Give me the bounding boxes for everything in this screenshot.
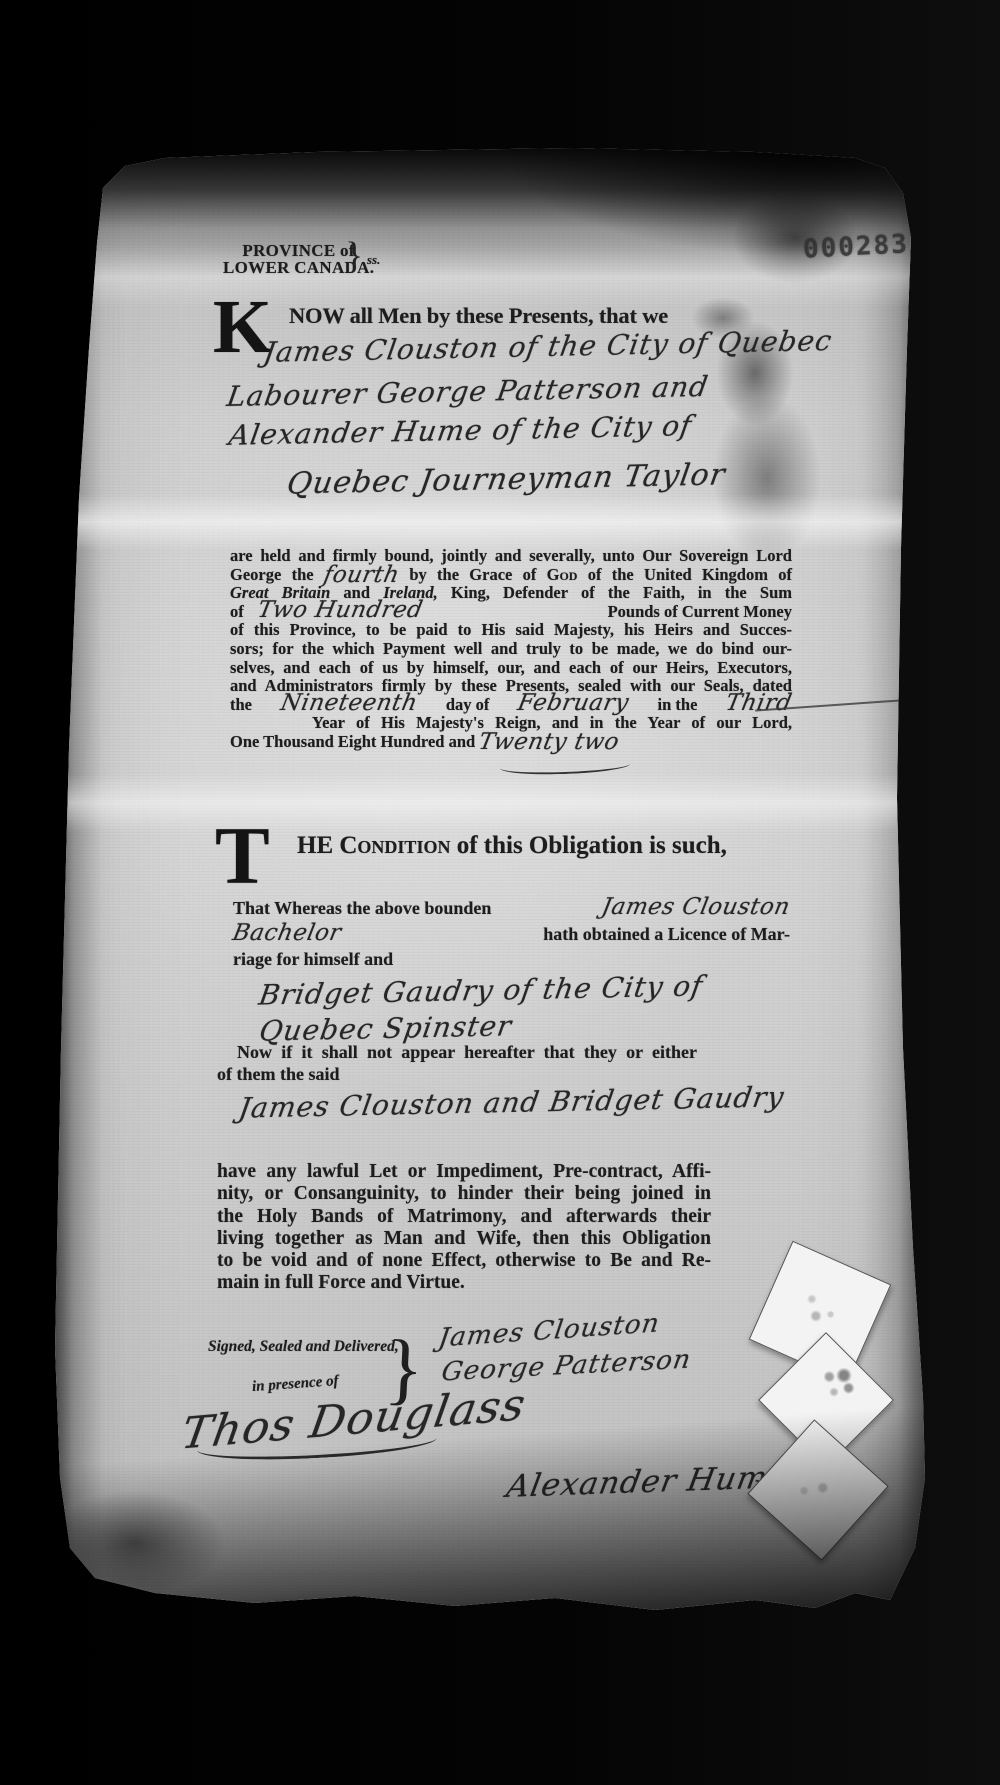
text-segment: of the United Kingdom of — [577, 565, 792, 584]
signature-james-clouston: James Clouston — [437, 1308, 662, 1353]
bond-line: of this Province, to be paid to His said… — [230, 621, 792, 640]
now-paragraph: Now if it shall not appear hereafter tha… — [217, 1042, 697, 1085]
text-segment: the — [230, 696, 252, 715]
top-shadow — [55, 148, 925, 278]
heading-condition: HE Condition of this Obligation is such, — [297, 832, 727, 860]
signed-sealed-label: Signed, Sealed and Delivered, — [208, 1338, 399, 1356]
condition-line: to be void and of none Effect, otherwise… — [217, 1250, 711, 1272]
handwritten-parties-line-4: Quebec Journeyman Taylor — [285, 457, 728, 501]
condition-line: nity, or Consanguinity, to hinder their … — [217, 1183, 711, 1205]
text-segment: George the — [230, 565, 324, 584]
fold-highlight — [55, 244, 925, 308]
pen-flourish-underline — [500, 756, 630, 777]
scanned-document-photo: PROVINCE of LOWER CANADA. } ss. 000283 K… — [0, 0, 1000, 1785]
text-segment: Bachelor — [232, 926, 343, 940]
bond-line: ofTwo HundredPounds of Current Money — [230, 603, 792, 622]
condition-paragraph: have any lawful Let or Impediment, Pre-c… — [217, 1161, 711, 1295]
drop-cap-t: T — [215, 826, 270, 885]
handwritten-parties-line-3: Alexander Hume of the City of — [227, 409, 695, 452]
heading-know-all-men: NOW all Men by these Presents, that we — [289, 303, 668, 329]
handwritten-parties-line-2: Labourer George Patterson and — [225, 370, 711, 413]
text-segment: That Whereas the above bounden — [233, 896, 491, 922]
condition-line: have any lawful Let or Impediment, Pre-c… — [217, 1161, 711, 1183]
text-segment: day of — [446, 696, 490, 715]
text-segment: in the — [658, 696, 698, 715]
text-segment: God — [547, 565, 578, 584]
text-segment: fourth — [322, 568, 400, 582]
text-segment: Two Hundred — [256, 603, 423, 617]
now-line: of them the said — [217, 1064, 697, 1086]
handwritten-couple-line: James Clouston and Bridget Gaudry — [236, 1080, 786, 1124]
whereas-line: That Whereas the above boundenJames Clou… — [233, 896, 790, 922]
whereas-line: riage for himself and — [233, 947, 790, 973]
bond-line: selves, and each of us by himself, our, … — [230, 659, 792, 678]
text-segment: Pounds of Current Money — [608, 603, 792, 622]
heading-condition-part2: of this Obligation is such, — [450, 832, 726, 859]
signature-alexander-hume: Alexander Hume — [504, 1459, 790, 1505]
text-segment: sors; for the which Payment well and tru… — [230, 639, 792, 658]
bond-paragraph: are held and firmly bound, jointly and s… — [230, 547, 792, 752]
signature-george-patterson: George Patterson — [439, 1345, 693, 1388]
header-brace: } — [345, 234, 363, 278]
handwritten-bride-line-1: Bridget Gaudry of the City of — [257, 969, 706, 1011]
condition-line: main in full Force and Virtue. — [217, 1272, 711, 1294]
fold-highlight — [55, 494, 925, 550]
whereas-line: Bachelorhath obtained a Licence of Mar- — [233, 922, 790, 948]
text-segment: of — [230, 603, 244, 622]
text-segment: One Thousand Eight Hundred and — [230, 732, 479, 751]
whereas-paragraph: That Whereas the above boundenJames Clou… — [233, 896, 790, 973]
document-page: PROVINCE of LOWER CANADA. } ss. 000283 K… — [55, 148, 925, 1664]
heading-condition-part1: HE — [297, 832, 339, 859]
drop-cap-k: K — [213, 300, 272, 355]
text-segment: riage for himself and — [233, 949, 393, 969]
fold-highlight — [55, 774, 925, 832]
handwritten-parties-line-1: James Clouston of the City of Quebec — [261, 324, 834, 369]
heading-condition-smallcaps: Condition — [339, 832, 450, 859]
text-segment: hath obtained a Licence of Mar- — [543, 922, 790, 948]
text-segment: Nineteenth — [279, 696, 418, 710]
bond-line: George the fourth by the Grace of God of… — [230, 566, 792, 585]
condition-line: the Holy Bands of Matrimony, and afterwa… — [217, 1206, 711, 1228]
text-segment: James Clouston — [601, 900, 792, 914]
bond-line: One Thousand Eight Hundred and Twenty tw… — [230, 733, 792, 752]
bond-line: sors; for the which Payment well and tru… — [230, 640, 792, 659]
text-segment: by the Grace of — [399, 565, 547, 584]
text-segment: King, Defender of the Faith, in the Sum — [438, 583, 792, 602]
text-segment: of this Province, to be paid to His said… — [230, 620, 792, 639]
text-segment: selves, and each of us by himself, our, … — [230, 658, 792, 677]
text-segment: are held and firmly bound, jointly and s… — [230, 546, 792, 565]
bond-line: theNineteenthday ofFebruaryin theThird — [230, 696, 792, 715]
condition-line: living together as Man and Wife, then th… — [217, 1228, 711, 1250]
wax-wafer-seal-3 — [747, 1419, 888, 1560]
in-presence-label: in presence of — [252, 1373, 340, 1396]
header-ss-abbrev: ss. — [367, 252, 380, 268]
bond-line: are held and firmly bound, jointly and s… — [230, 547, 792, 566]
text-segment: Twenty two — [478, 735, 621, 749]
text-segment: February — [517, 696, 630, 710]
now-line: Now if it shall not appear hereafter tha… — [217, 1042, 697, 1064]
stamp-number: 000283 — [802, 229, 909, 265]
